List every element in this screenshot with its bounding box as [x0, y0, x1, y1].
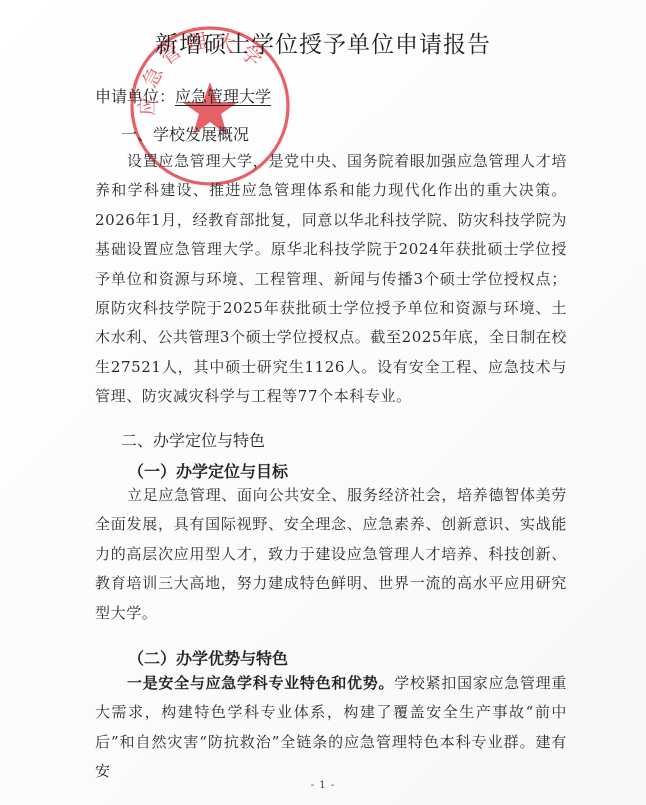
applicant-value: 应急管理大学 — [175, 87, 271, 106]
subsection-1-body: 立足应急管理、面向公共安全、服务经济社会，培养德智体美劳全面发展，具有国际视野、… — [95, 481, 567, 628]
applicant-line: 申请单位：应急管理大学 — [95, 84, 271, 107]
section-heading-2: 二、办学定位与特色 — [121, 428, 265, 451]
document-title: 新增硕士学位授予单位申请报告 — [0, 26, 646, 59]
paragraph: 立足应急管理、面向公共安全、服务经济社会，培养德智体美劳全面发展，具有国际视野、… — [95, 481, 567, 628]
page-number: - 1 - — [0, 780, 646, 791]
section-heading-1: 一、学校发展概况 — [121, 122, 249, 145]
paragraph: 一是安全与应急学科专业特色和优势。学校紧扣国家应急管理重大需求，构建特色学科专业… — [95, 669, 567, 787]
bold-lead-text: 一是安全与应急学科专业特色和优势。 — [127, 674, 394, 692]
applicant-label: 申请单位： — [95, 87, 175, 106]
subsection-heading-1: （一）办学定位与目标 — [128, 459, 288, 482]
section-1-body: 设置应急管理大学，是党中央、国务院着眼加强应急管理人才培养和学科建设、推进应急管… — [95, 147, 567, 412]
subsection-2-body: 一是安全与应急学科专业特色和优势。学校紧扣国家应急管理重大需求，构建特色学科专业… — [95, 669, 567, 787]
paragraph: 设置应急管理大学，是党中央、国务院着眼加强应急管理人才培养和学科建设、推进应急管… — [95, 147, 567, 412]
document-page: 应急管理大学 新增硕士学位授予单位申请报告 申请单位：应急管理大学 一、学校发展… — [0, 0, 646, 805]
subsection-heading-2: （二）办学优势与特色 — [128, 646, 288, 669]
